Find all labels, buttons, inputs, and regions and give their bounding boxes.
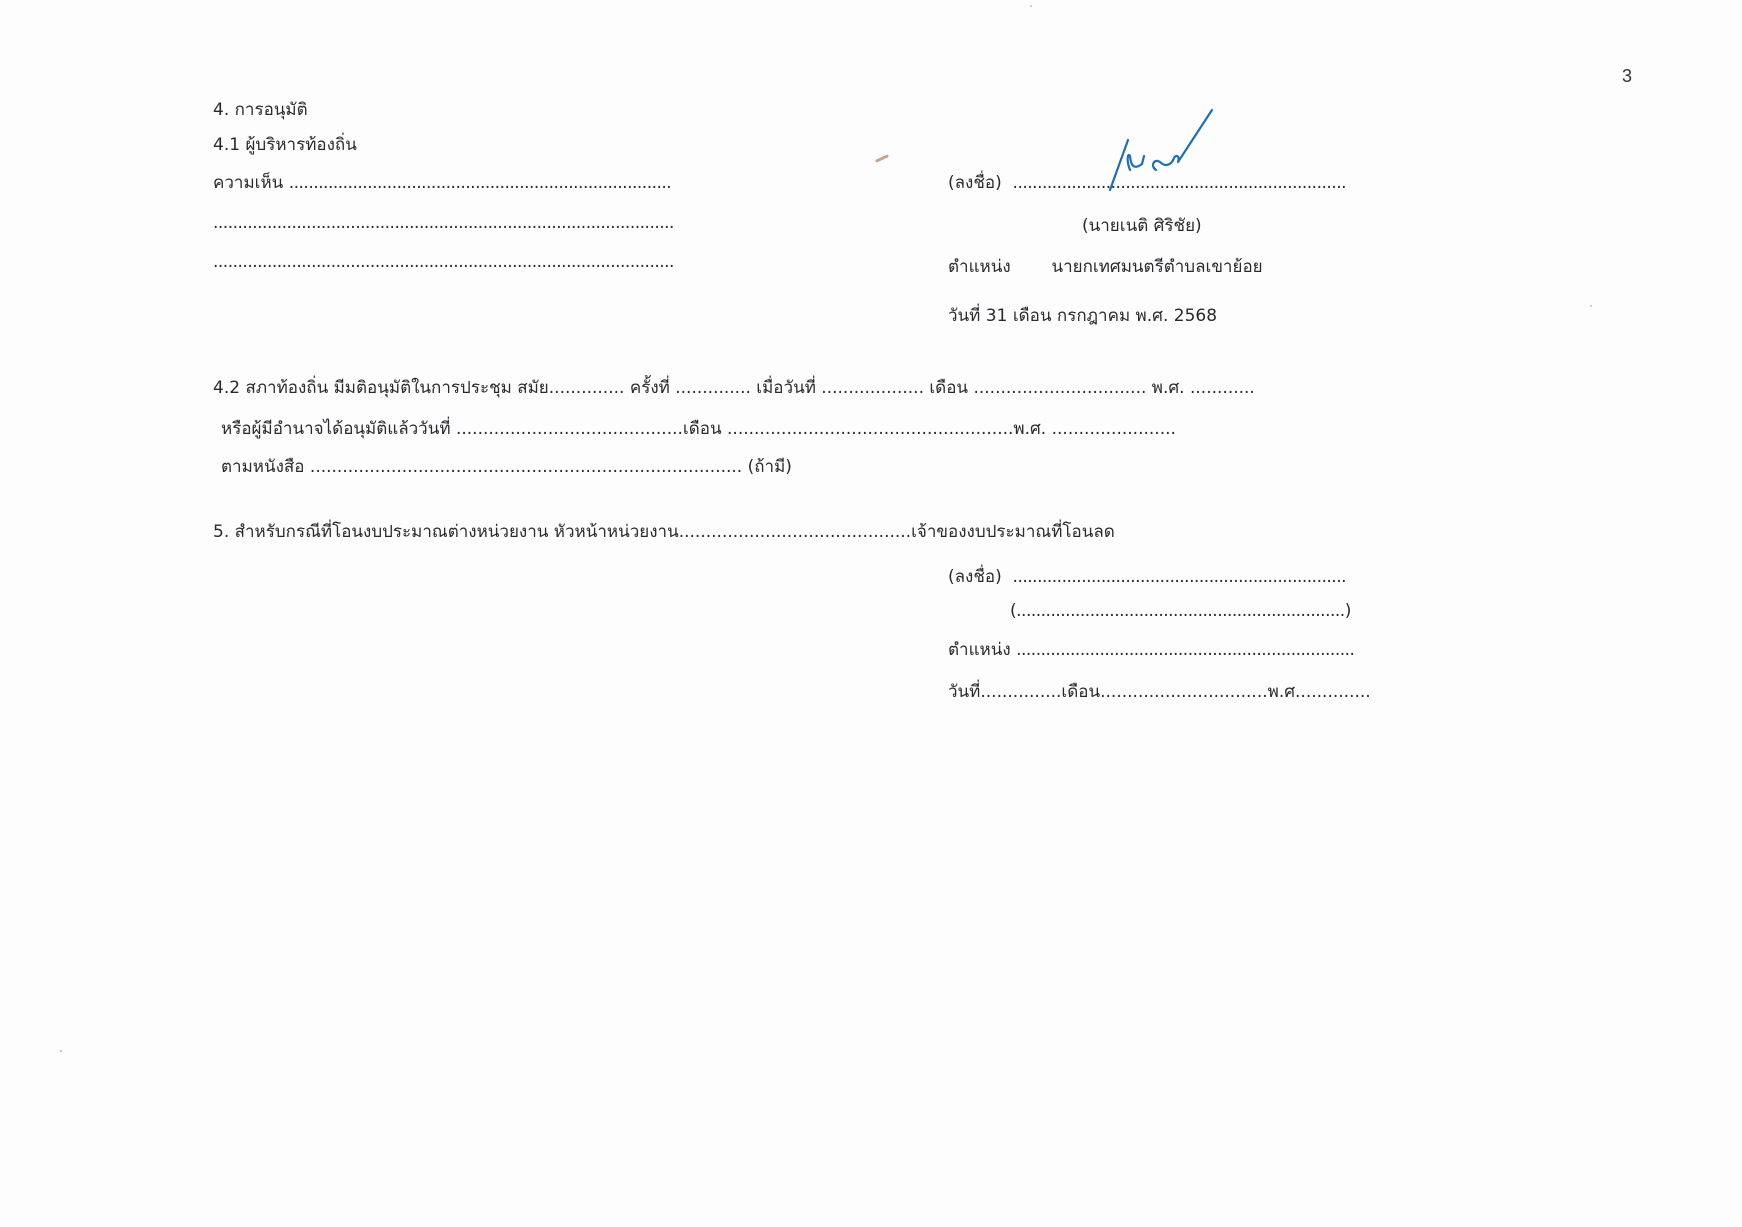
- name-line[interactable]: (.......................................…: [1010, 600, 1351, 622]
- opinion-line-2[interactable]: ........................................…: [213, 212, 674, 234]
- opinion-field: ความเห็น ...............................…: [213, 172, 671, 194]
- authority-approval-line[interactable]: หรือผู้มีอำนาจได้อนุมัติแล้ววันที่ .....…: [221, 418, 1176, 440]
- scan-speck: [1590, 305, 1592, 307]
- section-4-title: 4. การอนุมัติ: [213, 99, 308, 121]
- position-label: ตำแหน่ง: [948, 640, 1011, 660]
- approval-date: วันที่ 31 เดือน กรกฎาคม พ.ศ. 2568: [948, 305, 1217, 327]
- handwritten-signature-icon: [1100, 108, 1230, 198]
- signature-field-5: (ลงชื่อ) ...............................…: [948, 566, 1346, 588]
- section-4-1-title: 4.1 ผู้บริหารท้องถิ่น: [213, 134, 357, 156]
- position-value: นายกเทศมนตรีตำบลเขาย้อย: [1051, 257, 1262, 277]
- position-label: ตำแหน่ง: [948, 257, 1011, 277]
- signer-name: (นายเนติ ศิริชัย): [1082, 215, 1202, 237]
- opinion-label: ความเห็น: [213, 173, 283, 193]
- position-field-5: ตำแหน่ง ................................…: [948, 639, 1354, 661]
- signature-line[interactable]: ........................................…: [1013, 567, 1346, 587]
- signature-label: (ลงชื่อ): [948, 173, 1002, 193]
- date-line[interactable]: วันที่...............เดือน..............…: [948, 681, 1371, 703]
- opinion-line-3[interactable]: ........................................…: [213, 251, 674, 273]
- ink-mark: [875, 154, 889, 163]
- scan-speck: [1030, 5, 1032, 7]
- section-5-line[interactable]: 5. สำหรับกรณีที่โอนงบประมาณต่างหน่วยงาน …: [213, 521, 1115, 543]
- page-number: 3: [1622, 66, 1632, 87]
- opinion-line-1[interactable]: ........................................…: [289, 173, 672, 193]
- scan-speck: [60, 1050, 62, 1052]
- council-approval-line[interactable]: 4.2 สภาท้องถิ่น มีมติอนุมัติในการประชุม …: [213, 377, 1255, 399]
- signature-label: (ลงชื่อ): [948, 567, 1002, 587]
- position-line[interactable]: ........................................…: [1016, 640, 1354, 660]
- reference-letter-line[interactable]: ตามหนังสือ .............................…: [221, 456, 792, 478]
- position-field-4-1: ตำแหน่ง นายกเทศมนตรีตำบลเขาย้อย: [948, 256, 1263, 278]
